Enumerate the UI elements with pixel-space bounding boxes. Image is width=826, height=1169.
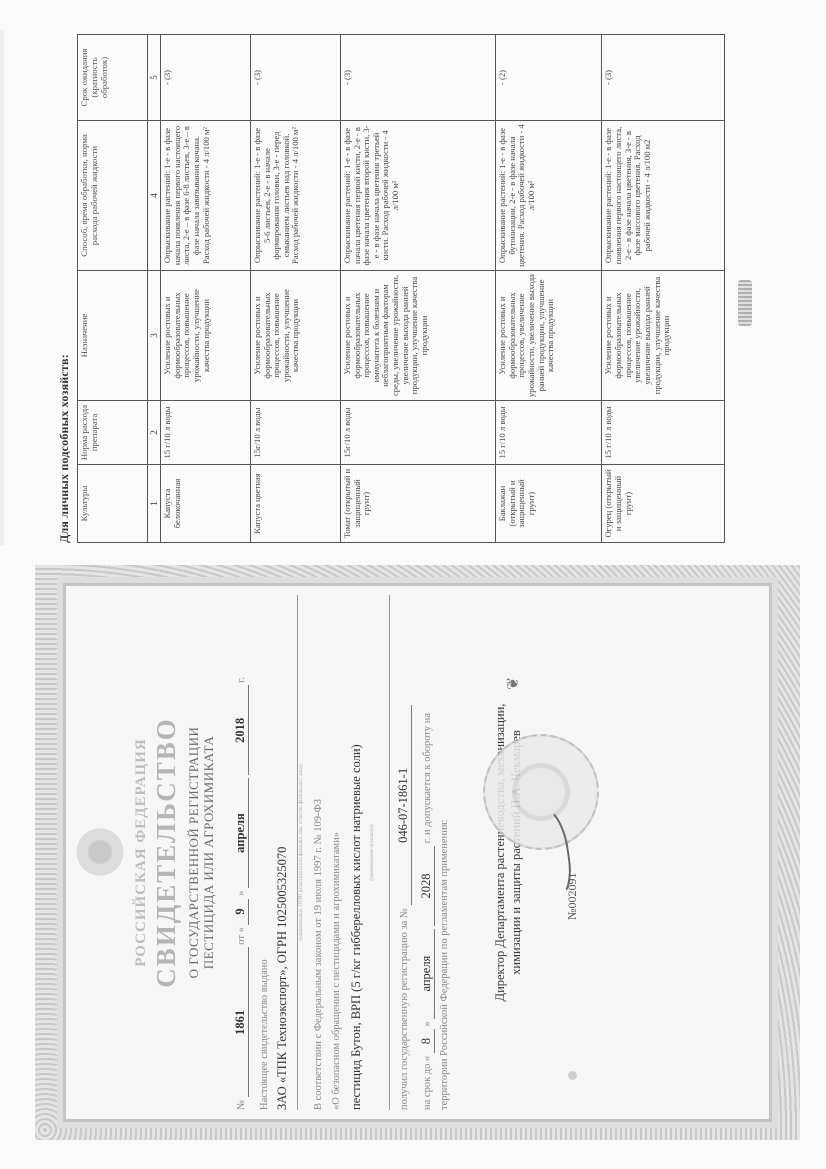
- holder-line: ЗАО «ТПК Техноэкспорт», ОГРН 10250053250…: [275, 595, 290, 1110]
- term-year: 2028: [419, 846, 435, 926]
- cell-crop: Огурец (открытый и защищенный грунт): [602, 465, 725, 543]
- header-wait: Срок ожидания (кратность обработок): [78, 35, 148, 121]
- cell-method: Опрыскивание растений: 1-е - в фазе нача…: [161, 121, 251, 271]
- regulation-table: Культуры Норма расхода препарата Назначе…: [77, 34, 725, 543]
- term-day: 8: [419, 1029, 435, 1053]
- table-caption: Для личных подсобных хозяйств:: [57, 354, 72, 543]
- term-suffix: г. и допускается к обороту на: [422, 713, 433, 843]
- wheat-emblem-icon: ❦: [503, 676, 525, 690]
- year-suffix: г.: [236, 677, 247, 683]
- header-rate: Норма расхода препарата: [78, 401, 148, 465]
- table-row: Капуста белокочанная 15 г/10 л воды Усил…: [161, 35, 251, 543]
- term-prefix: на срок до «: [422, 1056, 433, 1110]
- territory-text: территории Российской Федерации по регла…: [439, 595, 450, 1110]
- table-header-row: Культуры Норма расхода препарата Назначе…: [78, 35, 148, 543]
- regulation-table-block: Для личных подсобных хозяйств: Культуры …: [77, 35, 725, 543]
- quote-close: »: [236, 891, 247, 896]
- cell-wait: - (3): [602, 35, 725, 121]
- col-num: 2: [148, 401, 161, 465]
- cell-method: Опрыскивание растений: 1-е - в фазе нача…: [340, 121, 495, 271]
- col-num: 4: [148, 121, 161, 271]
- cell-wait: - (2): [496, 35, 602, 121]
- col-num: 3: [148, 271, 161, 401]
- cell-method: Опрыскивание растений: 1-е - в фазе буто…: [496, 121, 602, 271]
- registration-number: 046-07-1861-1: [396, 705, 412, 905]
- certificate-content: РОССИЙСКАЯ ФЕДЕРАЦИЯ СВИДЕТЕЛЬСТВО О ГОС…: [63, 595, 772, 1110]
- table-row: Баклажан (открытый и защищенный грунт) 1…: [496, 35, 602, 543]
- cell-purpose: Усиление ростовых и формообразовательных…: [161, 271, 251, 401]
- col-num: 5: [148, 35, 161, 121]
- registration-certificate: РОССИЙСКАЯ ФЕДЕРАЦИЯ СВИДЕТЕЛЬСТВО О ГОС…: [35, 565, 800, 1140]
- subtitle-line-2: ПЕСТИЦИДА ИЛИ АГРОХИМИКАТА: [202, 595, 217, 1110]
- issued-to-label: Настоящее свидетельство выдано: [259, 595, 270, 1110]
- certificate-country: РОССИЙСКАЯ ФЕДЕРАЦИЯ: [133, 595, 150, 1110]
- column-number-row: 1 2 3 4 5: [148, 35, 161, 543]
- coat-of-arms-icon: [71, 827, 129, 879]
- certificate-subtitle: О ГОСУДАРСТВЕННОЙ РЕГИСТРАЦИИ ПЕСТИЦИДА …: [187, 595, 217, 1110]
- registration-line: получил государственную регистрацию за №…: [389, 595, 412, 1110]
- date-from-label: от «: [236, 927, 247, 945]
- holder-name: ЗАО «ТПК Техноэкспорт», ОГРН 10250053250…: [275, 847, 289, 1110]
- cell-crop: Томат (открытый и защищенный грунт): [340, 465, 495, 543]
- cell-wait: - (3): [250, 35, 340, 121]
- number-prefix: №: [236, 1100, 247, 1110]
- page-stamp-mark: [738, 280, 752, 326]
- quote-close: »: [422, 1021, 433, 1026]
- certificate-number-line: № 1861 от « 9 » апреля 2018 г.: [233, 595, 249, 1110]
- cell-wait: - (3): [340, 35, 495, 121]
- cell-purpose: Усиление ростовых и формообразовательных…: [340, 271, 495, 401]
- table-row: Капуста цветная 15г/10 л воды Усиление р…: [250, 35, 340, 543]
- director-line-1: Директор Департамента растениеводства, м…: [493, 595, 509, 1110]
- table-row: Томат (открытый и защищенный грунт) 15г/…: [340, 35, 495, 543]
- received-text: получил государственную регистрацию за №: [399, 908, 410, 1110]
- cell-crop: Капуста белокочанная: [161, 465, 251, 543]
- subtitle-line-1: О ГОСУДАРСТВЕННОЙ РЕГИСТРАЦИИ: [187, 595, 202, 1110]
- director-line-2: химизации и защиты растений П.А. Чекмаре…: [509, 595, 525, 1110]
- term-line: на срок до « 8 » апреля 2028 г. и допуск…: [419, 595, 435, 1110]
- cell-purpose: Усиление ростовых и формообразовательных…: [602, 271, 725, 401]
- holder-caption: (наименование, ОГРН регистранта или фами…: [297, 595, 304, 1110]
- header-crops: Культуры: [78, 465, 148, 543]
- cell-rate: 15 г/10 л воды: [602, 401, 725, 465]
- table-row: Огурец (открытый и защищенный грунт) 15 …: [602, 35, 725, 543]
- certificate-number: 1861: [233, 947, 249, 1097]
- law-text-2: «О безопасном обращении с пестицидами и …: [331, 595, 342, 1110]
- product-caption: (наименование препарата): [369, 735, 375, 970]
- cell-crop: Капуста цветная: [250, 465, 340, 543]
- cell-purpose: Усиление ростовых и формообразовательных…: [250, 271, 340, 401]
- hole-punch-mark: [568, 1071, 577, 1080]
- cell-rate: 15г/10 л воды: [250, 401, 340, 465]
- scan-edge: [0, 30, 4, 545]
- certificate-title: СВИДЕТЕЛЬСТВО: [151, 595, 182, 1110]
- header-purpose: Назначение: [78, 271, 148, 401]
- director-signature-block: Директор Департамента растениеводства, м…: [493, 595, 524, 1110]
- cell-rate: 15 г/10 л воды: [161, 401, 251, 465]
- cell-crop: Баклажан (открытый и защищенный грунт): [496, 465, 602, 543]
- cell-method: Опрыскивание растений: 1-е - в фазе 5-6 …: [250, 121, 340, 271]
- issue-day: 9: [233, 899, 249, 925]
- col-num: 1: [148, 465, 161, 543]
- cell-purpose: Усиление ростовых и формообразовательных…: [496, 271, 602, 401]
- header-method: Способ, время обработки, норма расхода р…: [78, 121, 148, 271]
- cell-method: Опрыскивание растений: 1-е - в фазе появ…: [602, 121, 725, 271]
- term-month: апреля: [419, 929, 435, 1019]
- product-line: пестицид Бутон, ВРП (5 г/кг гибберелловы…: [349, 595, 364, 1110]
- certificate-serial: №002091: [565, 873, 580, 920]
- issue-month: апреля: [233, 778, 249, 888]
- product-name: пестицид Бутон, ВРП (5 г/кг гибберелловы…: [349, 744, 363, 1110]
- cell-rate: 15г/10 л воды: [340, 401, 495, 465]
- cell-wait: - (3): [161, 35, 251, 121]
- issue-year: 2018: [233, 685, 249, 775]
- cell-rate: 15 г/10 л воды: [496, 401, 602, 465]
- law-text: В соответствии с Федеральным законом от …: [313, 595, 324, 1110]
